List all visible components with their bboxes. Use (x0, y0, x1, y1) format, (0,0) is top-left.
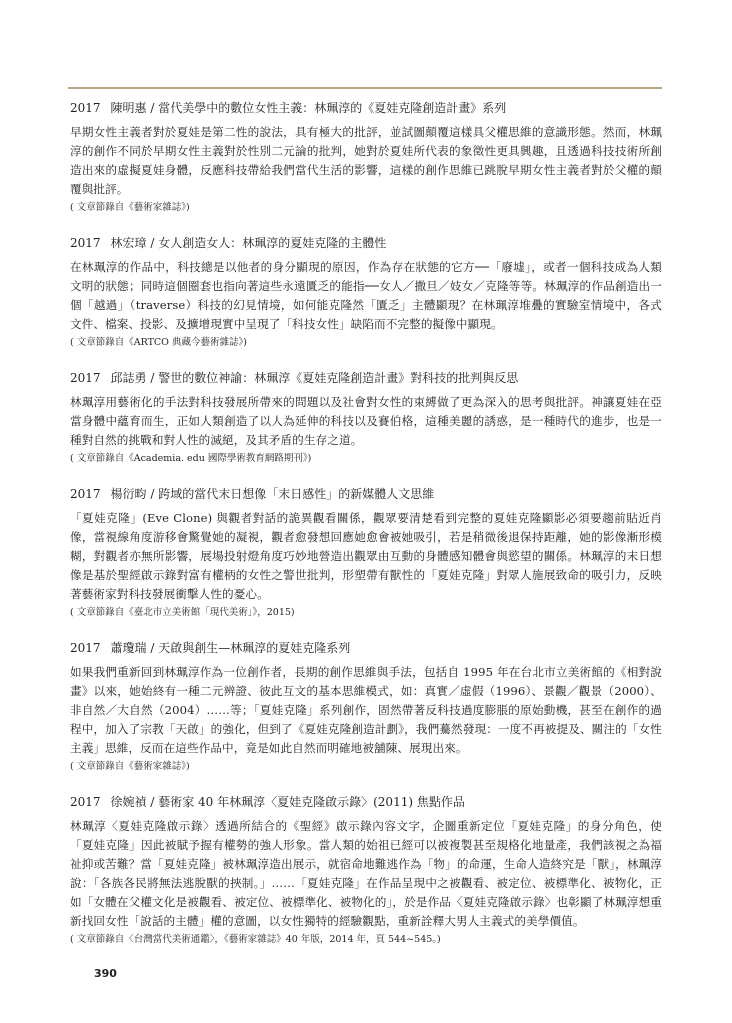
entry-heading: 2017林宏璋 / 女人創造女人：林珮淳的夏娃克隆的主體性 (70, 235, 662, 251)
review-entry: 2017楊衍畇 / 跨域的當代末日想像「末日感性」的新媒體人文思維 「夏娃克隆」… (70, 486, 662, 621)
entry-heading: 2017蕭瓊瑞 / 天啟與創生—林珮淳的夏娃克隆系列 (70, 640, 662, 656)
entry-year: 2017 (70, 236, 101, 250)
entry-title: 楊衍畇 / 跨域的當代末日想像「末日感性」的新媒體人文思維 (111, 487, 435, 501)
entry-body: 「夏娃克隆」(Eve Clone) 與觀者對話的詭異觀看關係，觀眾要清楚看到完整… (70, 509, 662, 604)
entry-title: 蕭瓊瑞 / 天啟與創生—林珮淳的夏娃克隆系列 (111, 641, 351, 655)
entry-source: ( 文章節錄自〈台灣當代美術通鑑〉，《藝術家雜誌》40 年版，2014 年，頁 … (70, 932, 662, 948)
review-entry: 2017蕭瓊瑞 / 天啟與創生—林珮淳的夏娃克隆系列 如果我們重新回到林珮淳作為… (70, 640, 662, 775)
review-entry: 2017陳明惠 / 當代美學中的數位女性主義：林珮淳的《夏娃克隆創造計畫》系列 … (70, 100, 662, 216)
entry-body: 林珮淳用藝術化的手法對科技發展所帶來的問題以及社會對女性的束縛做了更為深入的思考… (70, 393, 662, 450)
entry-heading: 2017楊衍畇 / 跨域的當代末日想像「末日感性」的新媒體人文思維 (70, 486, 662, 502)
review-entry: 2017徐婉禎 / 藝術家 40 年林珮淳〈夏娃克隆啟示錄〉(2011) 焦點作… (70, 794, 662, 948)
entry-title: 徐婉禎 / 藝術家 40 年林珮淳〈夏娃克隆啟示錄〉(2011) 焦點作品 (111, 795, 465, 809)
review-entry: 2017林宏璋 / 女人創造女人：林珮淳的夏娃克隆的主體性 在林珮淳的作品中，科… (70, 235, 662, 351)
entry-body: 早期女性主義者對於夏娃是第二性的說法，具有極大的批評，並試圖顛覆這樣具父權思維的… (70, 123, 662, 199)
entry-title: 邱誌勇 / 警世的數位神諭：林珮淳《夏娃克隆創造計畫》對科技的批判與反思 (111, 371, 519, 385)
entry-year: 2017 (70, 487, 101, 501)
entry-source: ( 文章節錄自《臺北市立美術館「現代美術」》，2015) (70, 605, 662, 621)
entry-heading: 2017陳明惠 / 當代美學中的數位女性主義：林珮淳的《夏娃克隆創造計畫》系列 (70, 100, 662, 116)
entry-source: ( 文章節錄自《Academia. edu 國際學術教育網路期刊》) (70, 451, 662, 467)
entry-source: ( 文章節錄自《藝術家雜誌》) (70, 759, 662, 775)
page-number: 390 (94, 967, 117, 980)
entry-heading: 2017徐婉禎 / 藝術家 40 年林珮淳〈夏娃克隆啟示錄〉(2011) 焦點作… (70, 794, 662, 810)
entry-title: 陳明惠 / 當代美學中的數位女性主義：林珮淳的《夏娃克隆創造計畫》系列 (111, 101, 507, 115)
entry-source: ( 文章節錄自《ARTCO 典藏今藝術雜誌》) (70, 335, 662, 351)
entry-source: ( 文章節錄自《藝術家雜誌》) (70, 200, 662, 216)
entry-year: 2017 (70, 371, 101, 385)
header-rule (68, 87, 662, 89)
entry-year: 2017 (70, 795, 101, 809)
entry-title: 林宏璋 / 女人創造女人：林珮淳的夏娃克隆的主體性 (111, 236, 387, 250)
entry-year: 2017 (70, 641, 101, 655)
entry-body: 在林珮淳的作品中，科技總是以他者的身分顯現的原因，作為存在狀態的它方──「廢墟」… (70, 258, 662, 334)
review-list: 2017陳明惠 / 當代美學中的數位女性主義：林珮淳的《夏娃克隆創造計畫》系列 … (70, 100, 662, 967)
entry-body: 如果我們重新回到林珮淳作為一位創作者，長期的創作思維與手法，包括自 1995 年… (70, 663, 662, 758)
entry-heading: 2017邱誌勇 / 警世的數位神諭：林珮淳《夏娃克隆創造計畫》對科技的批判與反思 (70, 370, 662, 386)
entry-year: 2017 (70, 101, 101, 115)
entry-body: 林珮淳〈夏娃克隆啟示錄〉透過所結合的《聖經》啟示錄內容文字，企圖重新定位「夏娃克… (70, 817, 662, 931)
review-entry: 2017邱誌勇 / 警世的數位神諭：林珮淳《夏娃克隆創造計畫》對科技的批判與反思… (70, 370, 662, 467)
